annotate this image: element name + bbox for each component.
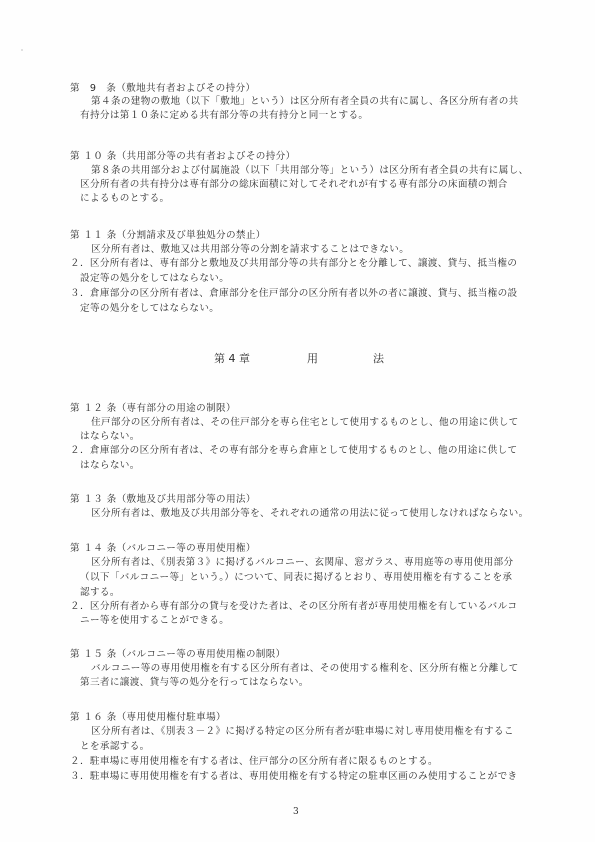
chapter-number: 第 4 章	[214, 352, 250, 366]
article-item: ２．区分所有者から専有部分の貸与を受けた者は、その区分所有者が専用使用権を有して…	[70, 601, 517, 613]
article-text: 区分所有者は、《別表第３》に掲げるバルコニー、玄関扉、窓ガラス、専用庭等の専用使…	[91, 557, 513, 569]
article-heading: 第 9 条（敷地共有者およびその持分）	[70, 83, 255, 95]
article-heading: 第 １６ 条（専用使用権付駐車場）	[70, 712, 226, 724]
article-text: ニー等を使用することができる。	[80, 615, 229, 627]
article-text: 有持分は第１０条に定める共有部分等の共有持分と同一とする。	[80, 110, 368, 122]
article-text: 認する。	[80, 587, 120, 599]
scan-speck	[21, 49, 23, 51]
article-text: 区分所有者は、《別表３－２》に掲げる特定の区分所有者が駐車場に対し専用使用権を有…	[91, 726, 514, 738]
article-text: とを承認する。	[80, 741, 150, 753]
article-item: ２．駐車場に専用使用権を有する者は、住戸部分の区分所有者に限るものとする。	[70, 756, 438, 768]
article-text: 第三者に譲渡、貸与等の処分を行ってはならない。	[80, 677, 309, 689]
article-text: はならない。	[80, 431, 140, 443]
article-heading: 第 １５ 条（バルコニー等の専用使用権の制限）	[70, 649, 286, 661]
article-item: ２．区分所有者は、専有部分と敷地及び共用部分等の共有部分とを分離して、譲渡、貸与…	[70, 258, 517, 270]
article-text: 区分所有者の共有持分は専有部分の総床面積に対してそれぞれが有する専有部分の床面積…	[80, 179, 508, 191]
document-page: 第 9 条（敷地共有者およびその持分） 第４条の建物の敷地（以下「敷地」という）…	[0, 0, 595, 842]
article-text: 住戸部分の区分所有者は、その住戸部分を専ら住宅として使用するものとし、他の用途に…	[91, 417, 519, 429]
article-heading: 第 １２ 条（専有部分の用途の制限）	[70, 403, 236, 415]
article-text: 区分所有者は、敷地及び共用部分等を、それぞれの通常の用法に従って使用しなければな…	[91, 508, 529, 520]
article-text: バルコニー等の専用使用権を有する区分所有者は、その使用する権利を、区分所有権と分…	[91, 663, 519, 675]
chapter-title-part: 用	[307, 352, 318, 366]
article-heading: 第 １３ 条（敷地及び共用部分等の用法）	[70, 494, 256, 506]
article-text: はならない。	[80, 460, 140, 472]
article-text: 定等の処分をしてはならない。	[80, 303, 219, 315]
page-number: 3	[293, 806, 299, 818]
article-text: 設定等の処分をしてはならない。	[80, 273, 229, 285]
article-text: 第８条の共用部分および付属施設（以下「共用部分等」という）は区分所有者全員の共有…	[91, 165, 529, 177]
article-item: ３．倉庫部分の区分所有者は、倉庫部分を住戸部分の区分所有者以外の者に譲渡、貸与、…	[70, 288, 517, 300]
article-text: によるものとする。	[80, 193, 170, 205]
article-heading: 第 １１ 条（分割請求及び単独処分の禁止）	[70, 230, 266, 242]
article-item: ３．駐車場に専用使用権を有する者は、専用使用権を有する特定の駐車区画のみ使用する…	[70, 771, 517, 783]
article-item: ２．倉庫部分の区分所有者は、その専有部分を専ら倉庫として使用するものとし、他の用…	[70, 445, 517, 457]
article-text: 区分所有者は、敷地又は共用部分等の分割を請求することはできない。	[91, 244, 409, 256]
article-heading: 第 １４ 条（バルコニー等の専用使用権）	[70, 543, 256, 555]
article-text: （以下「バルコニー等」という。）について、同表に掲げるとおり、専用使用権を有する…	[80, 572, 512, 584]
chapter-title-part: 法	[373, 352, 384, 366]
article-heading: 第 １０ 条（共用部分等の共有者およびその持分）	[70, 151, 296, 163]
article-text: 第４条の建物の敷地（以下「敷地」という）は区分所有者全員の共有に属し、各区分所有…	[91, 96, 519, 108]
